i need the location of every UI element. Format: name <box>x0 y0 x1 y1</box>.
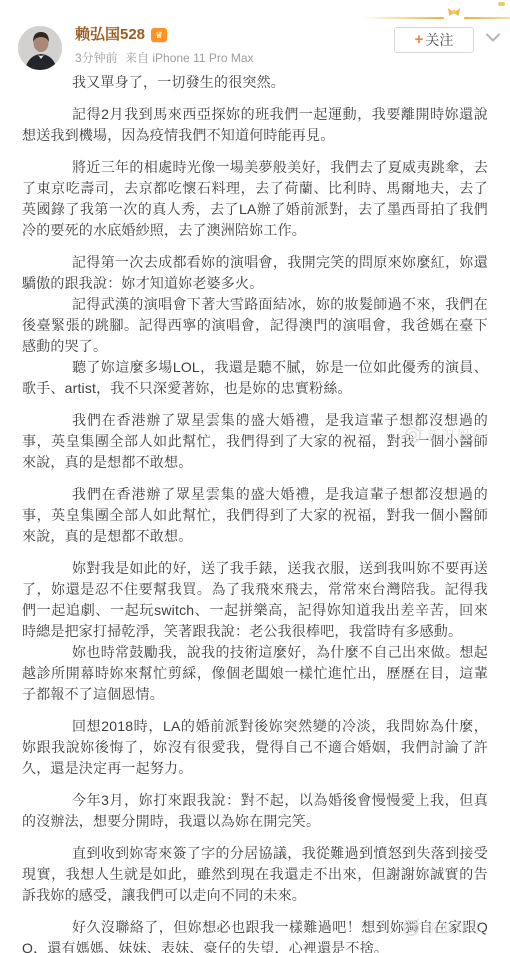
post-paragraph: 記得第一次去成都看妳的演唱會，我開完笑的問原來妳麼紅，妳還驕傲的跟我說：妳才知道… <box>22 252 488 294</box>
post-paragraph: 回想2018時，LA的婚前派對後妳突然變的冷淡，我問妳為什麼，妳跟我說妳後悔了，… <box>22 716 488 779</box>
avatar[interactable] <box>18 26 62 70</box>
weibo-post-card: 赖弘国528 ♛ 3分钟前 来自 iPhone 11 Pro Max + 关注 … <box>0 0 510 953</box>
follow-label: 关注 <box>425 30 453 50</box>
post-paragraph: 記得2月我到馬來西亞探妳的班我們一起運動，我要離開時妳還說想送我到機場，因為疫情… <box>22 104 488 146</box>
sina-ent-watermark: 新浪娱乐 <box>401 917 485 937</box>
post-paragraph: 記得武漢的演唱會下著大雪路面結冰，妳的妝髮師過不來，我們在後臺緊張的跳腳。記得西… <box>22 294 488 357</box>
post-paragraph: 妳也時常鼓勵我，說我的技術這麼好，為什麼不自己出來做。想起越診所開幕時妳來幫忙剪… <box>22 642 488 705</box>
source-device[interactable]: 来自 iPhone 11 Pro Max <box>125 51 254 65</box>
post-paragraph: 妳對我是如此的好，送了我手錶，送我衣服，送到我叫妳不要再送了，妳還是忍不住要幫我… <box>22 558 488 642</box>
post-header: 赖弘国528 ♛ 3分钟前 来自 iPhone 11 Pro Max + 关注 <box>0 0 510 70</box>
username[interactable]: 赖弘国528 <box>75 27 145 43</box>
weibo-eye-icon <box>401 917 421 937</box>
watermark-label: 新浪娱乐 <box>425 918 485 937</box>
sina-ent-watermark: 新浪娱乐 <box>403 424 487 444</box>
post-body: 我又單身了，一切發生的很突然。記得2月我到馬來西亞探妳的班我們一起運動，我要離開… <box>0 70 510 953</box>
post-paragraph: 直到收到妳寄來簽了字的分居協議，我從難過到憤怒到失落到接受現實，我想人生就是如此… <box>22 843 488 906</box>
chevron-down-icon[interactable] <box>486 33 500 42</box>
vip-crown-icon: ♛ <box>151 28 167 42</box>
post-block: 我們在香港辦了眾星雲集的盛大婚禮，是我這輩子想都沒想過的事，英皇集團全部人如此幫… <box>22 484 488 547</box>
post-block: 妳對我是如此的好，送了我手錶，送我衣服，送到我叫妳不要再送了，妳還是忍不住要幫我… <box>22 558 488 705</box>
follow-button[interactable]: + 关注 <box>394 27 474 53</box>
post-paragraph: 我們在香港辦了眾星雲集的盛大婚禮，是我這輩子想都沒想過的事，英皇集團全部人如此幫… <box>22 484 488 547</box>
plus-icon: + <box>415 32 424 47</box>
post-block: 我又單身了，一切發生的很突然。 <box>22 72 488 93</box>
post-paragraph: 聽了妳這麼多場LOL，我還是聽不膩，妳是一位如此優秀的演員、歌手、artist，… <box>22 357 488 399</box>
post-block: 記得第一次去成都看妳的演唱會，我開完笑的問原來妳麼紅，妳還驕傲的跟我說：妳才知道… <box>22 252 488 399</box>
post-paragraph: 我又單身了，一切發生的很突然。 <box>22 72 488 93</box>
post-block: 直到收到妳寄來簽了字的分居協議，我從難過到憤怒到失落到接受現實，我想人生就是如此… <box>22 843 488 906</box>
weibo-eye-icon <box>403 424 423 444</box>
post-paragraph: 今年3月，妳打來跟我說：對不起，以為婚後會慢慢愛上我，但真的沒辦法，想要分開時，… <box>22 790 488 832</box>
watermark-label: 新浪娱乐 <box>427 425 487 444</box>
timestamp: 3分钟前 <box>75 51 118 65</box>
post-block: 回想2018時，LA的婚前派對後妳突然變的冷淡，我問妳為什麼，妳跟我說妳後悔了，… <box>22 716 488 779</box>
post-paragraph: 將近三年的相處時光像一場美夢般美好，我們去了夏威夷跳傘，去了東京吃壽司，去京都吃… <box>22 157 488 241</box>
post-block: 今年3月，妳打來跟我說：對不起，以為婚後會慢慢愛上我，但真的沒辦法，想要分開時，… <box>22 790 488 832</box>
post-block: 記得2月我到馬來西亞探妳的班我們一起運動，我要離開時妳還說想送我到機場，因為疫情… <box>22 104 488 146</box>
post-block: 將近三年的相處時光像一場美夢般美好，我們去了夏威夷跳傘，去了東京吃壽司，去京都吃… <box>22 157 488 241</box>
